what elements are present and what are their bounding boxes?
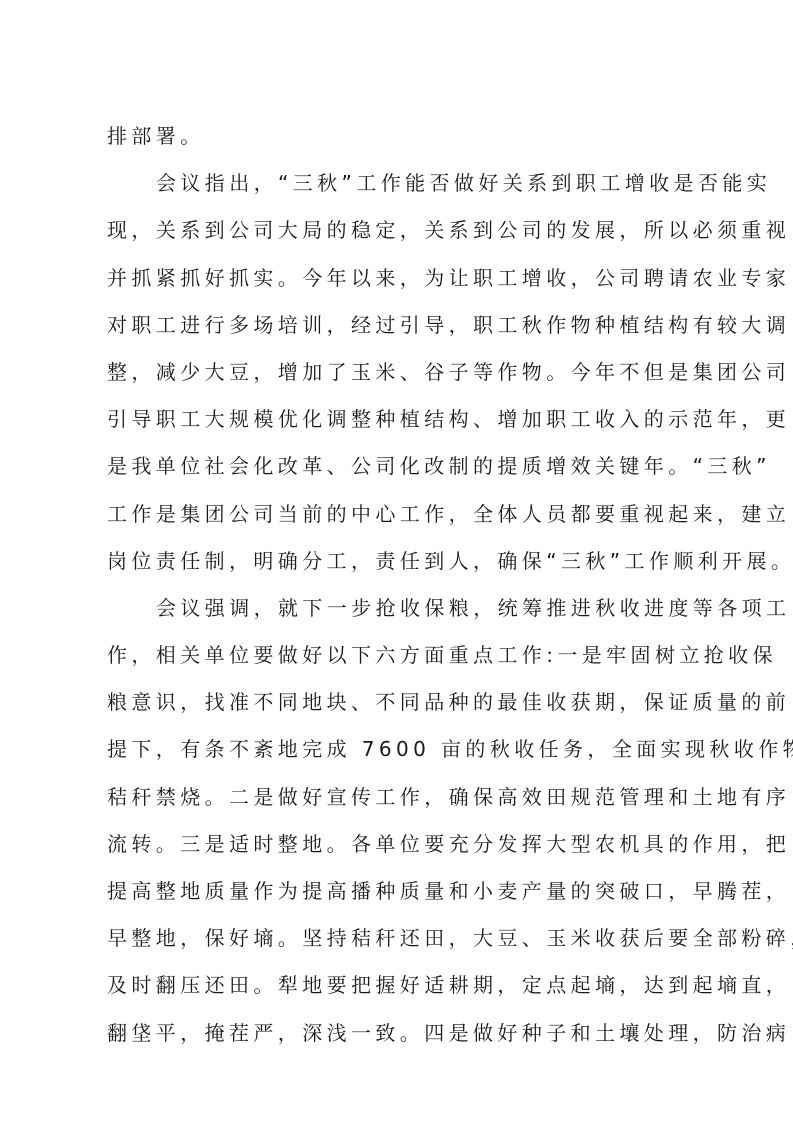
text-line: 会议强调，就下一步抢收保粮，统筹推进秋收进度等各项工 (107, 585, 697, 632)
text-line: 及时翻压还田。犁地要把握好适耕期，定点起墒，达到起墒直， (107, 962, 697, 1009)
text-line: 排部署。 (107, 113, 697, 160)
text-line: 是我单位社会化改革、公司化改制的提质增效关键年。“三秋” (107, 443, 697, 490)
text-line: 早整地，保好墒。坚持秸秆还田，大豆、玉米收获后要全部粉碎， (107, 915, 697, 962)
text-line: 现，关系到公司大局的稳定，关系到公司的发展，所以必须重视 (107, 207, 697, 254)
paragraph-meeting-points: 会议指出，“三秋”工作能否做好关系到职工增收是否能实 现，关系到公司大局的稳定，… (107, 160, 697, 585)
text-line: 工作是集团公司当前的中心工作，全体人员都要重视起来，建立 (107, 491, 697, 538)
text-line: 翻垡平，掩茬严，深浅一致。四是做好种子和土壤处理，防治病 (107, 1010, 697, 1057)
text-line: 岗位责任制，明确分工，责任到人，确保“三秋”工作顺利开展。 (107, 538, 697, 585)
text-line: 流转。三是适时整地。各单位要充分发挥大型农机具的作用，把 (107, 821, 697, 868)
text-line: 引导职工大规模优化调整种植结构、增加职工收入的示范年，更 (107, 396, 697, 443)
text-line: 提下，有条不紊地完成 7600 亩的秋收任务，全面实现秋收作物 (107, 726, 697, 773)
text-line: 秸秆禁烧。二是做好宣传工作，确保高效田规范管理和土地有序 (107, 774, 697, 821)
paragraph-continuation: 排部署。 (107, 113, 697, 160)
text-line: 对职工进行多场培训，经过引导，职工秋作物种植结构有较大调 (107, 302, 697, 349)
document-page: 排部署。 会议指出，“三秋”工作能否做好关系到职工增收是否能实 现，关系到公司大… (107, 113, 697, 1057)
text-line: 会议指出，“三秋”工作能否做好关系到职工增收是否能实 (107, 160, 697, 207)
text-line: 作，相关单位要做好以下六方面重点工作:一是牢固树立抢收保 (107, 632, 697, 679)
text-line: 并抓紧抓好抓实。今年以来，为让职工增收，公司聘请农业专家 (107, 255, 697, 302)
text-line: 整，减少大豆，增加了玉米、谷子等作物。今年不但是集团公司 (107, 349, 697, 396)
paragraph-meeting-emphasis: 会议强调，就下一步抢收保粮，统筹推进秋收进度等各项工 作，相关单位要做好以下六方… (107, 585, 697, 1057)
text-line: 提高整地质量作为提高播种质量和小麦产量的突破口，早腾茬， (107, 868, 697, 915)
text-line: 粮意识，找准不同地块、不同品种的最佳收获期，保证质量的前 (107, 679, 697, 726)
